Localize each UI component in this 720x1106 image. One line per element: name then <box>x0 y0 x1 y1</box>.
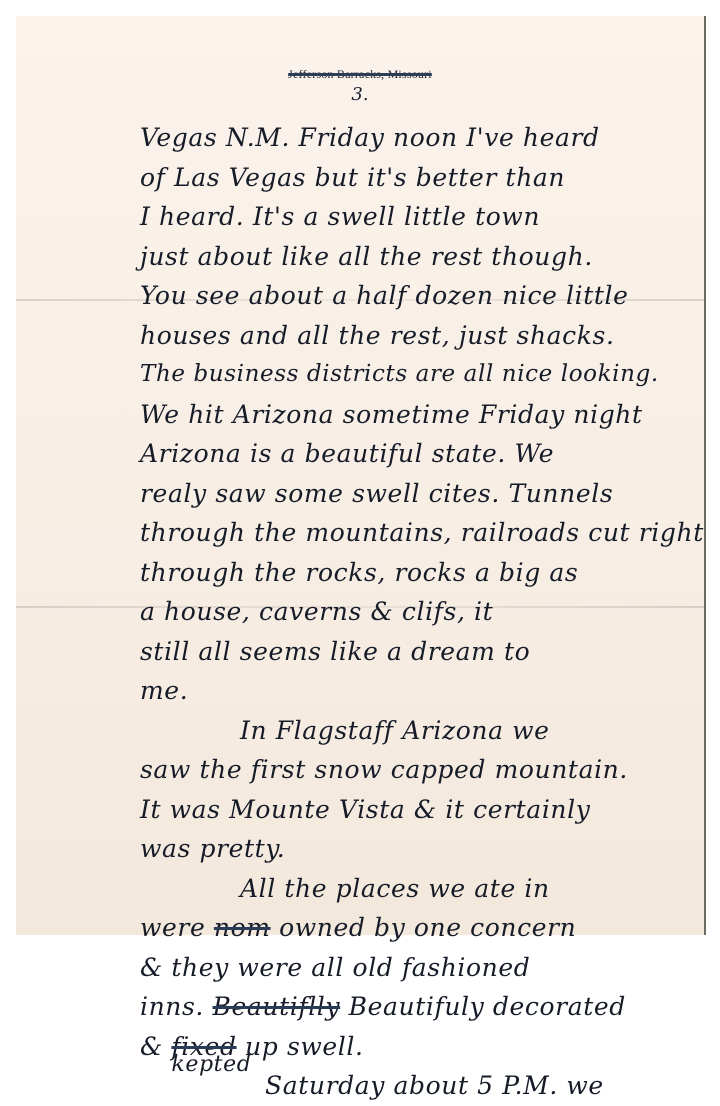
letter-line: Arizona is a beautiful state. We <box>140 434 700 474</box>
letter-line: & they were all old fashioned <box>140 948 700 961</box>
letter-line: You see about a half dozen nice little <box>140 276 700 316</box>
letterhead-text: Jefferson Barracks, Missouri <box>288 67 432 81</box>
letter-line: a house, caverns & clifs, it <box>140 592 700 632</box>
struck-word: nom <box>214 913 271 942</box>
letter-line: I heard. It's a swell little town <box>140 197 700 237</box>
letter-line: through the mountains, railroads cut rig… <box>140 513 700 553</box>
letter-line: realy saw some swell cites. Tunnels <box>140 474 700 514</box>
letter-line: We hit Arizona sometime Friday night <box>140 395 700 435</box>
letter-line: houses and all the rest, just shacks. <box>140 316 700 356</box>
letter-line: of Las Vegas but it's better than <box>140 158 700 198</box>
letter-body: Vegas N.M. Friday noon I've heard of Las… <box>140 118 700 960</box>
letter-line: still all seems like a dream to <box>140 632 700 672</box>
letter-line-with-correction: were nom owned by one concern <box>140 908 700 948</box>
letter-line: through the rocks, rocks a big as <box>140 553 700 593</box>
letter-word: were <box>140 913 205 942</box>
letter-line: me. <box>140 671 700 711</box>
letter-line: It was Mounte Vista & it certainly <box>140 790 700 830</box>
page-number: 3. <box>0 84 720 105</box>
letter-line: Vegas N.M. Friday noon I've heard <box>140 118 700 158</box>
letter-words: owned by one concern <box>279 913 576 942</box>
letter-line: All the places we ate in <box>140 869 700 909</box>
letter-line: just about like all the rest though. <box>140 237 700 277</box>
letter-line: was pretty. <box>140 829 700 869</box>
letter-line: The business districts are all nice look… <box>140 355 700 395</box>
letter-line: In Flagstaff Arizona we <box>140 711 700 751</box>
letter-line: saw the first snow capped mountain. <box>140 750 700 790</box>
letterhead: Jefferson Barracks, Missouri <box>0 67 720 82</box>
